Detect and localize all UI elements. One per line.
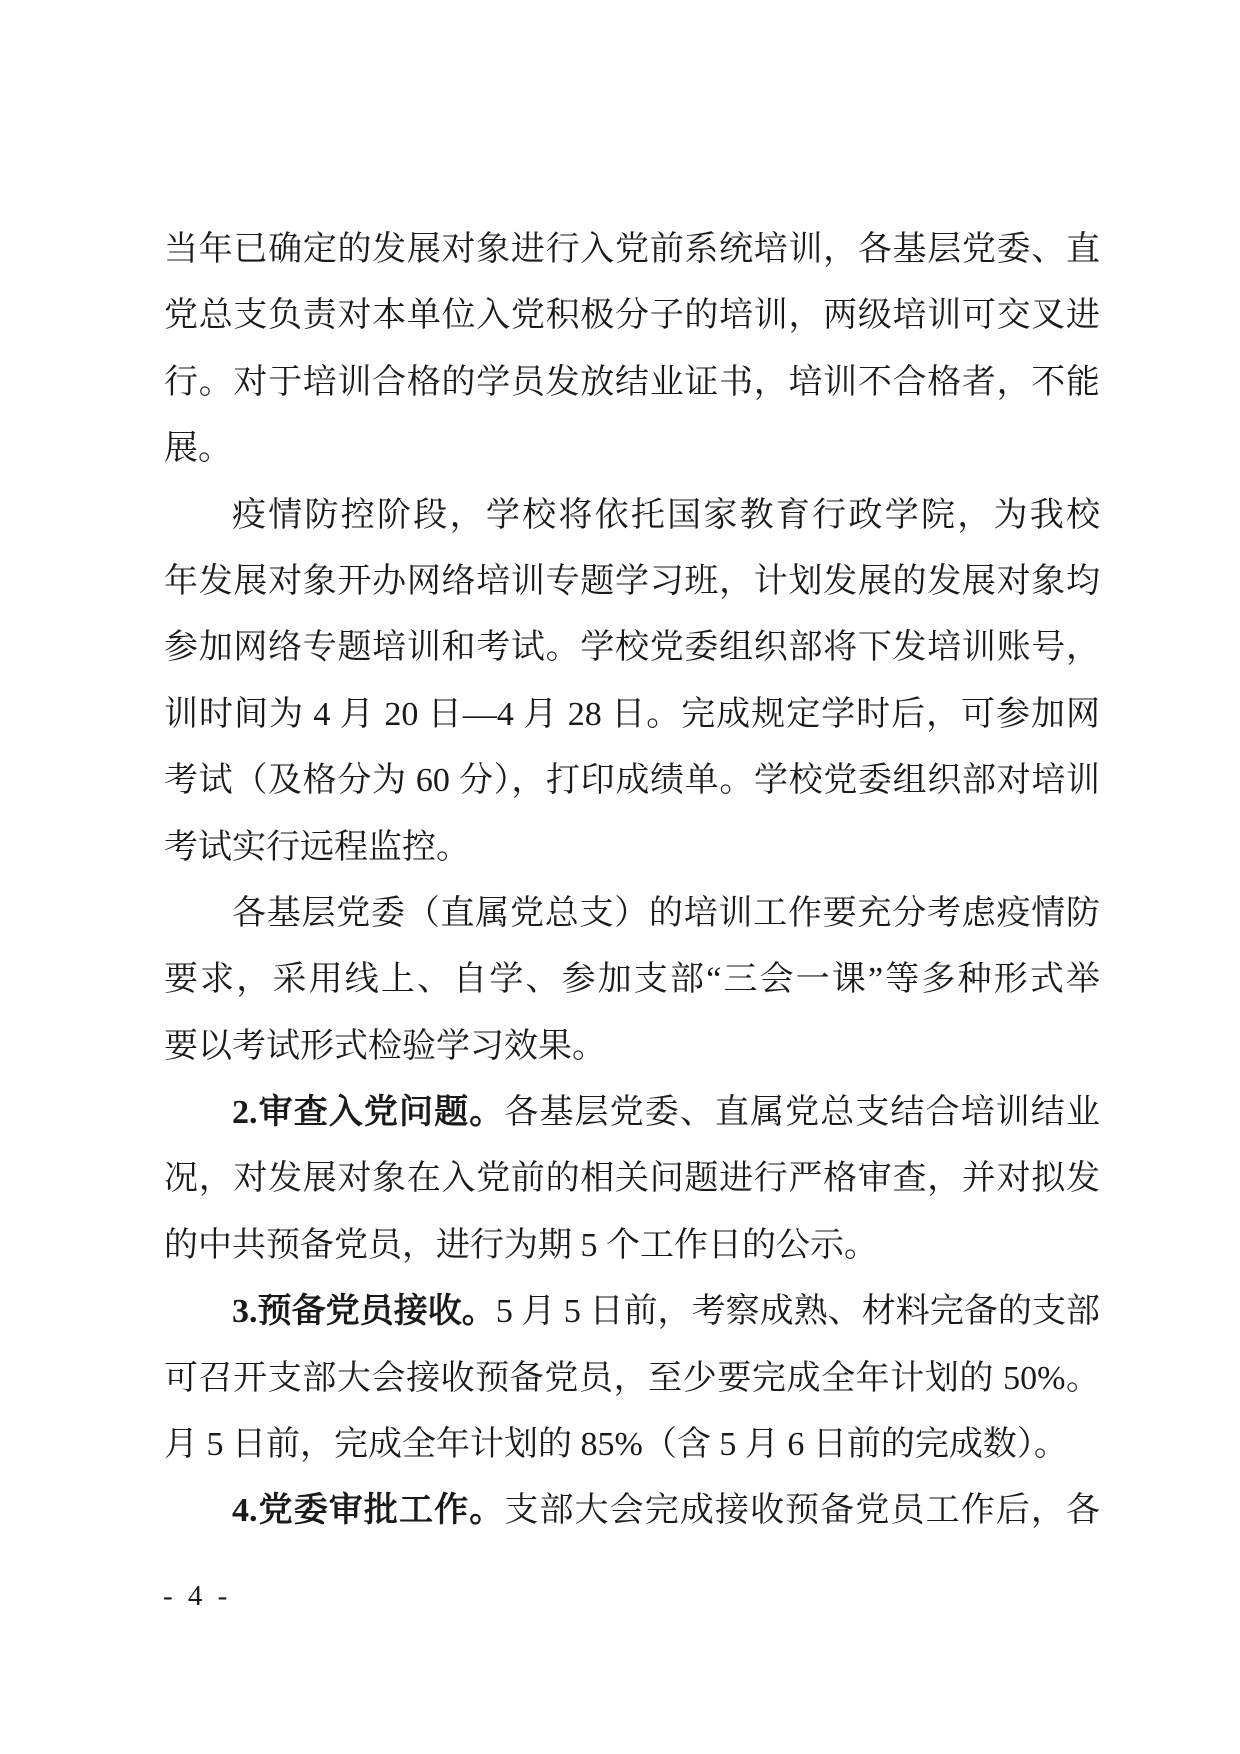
text-run: 月 5 日前，完成全年计划的 85%（含 5 月 6 日前的完成数）。 bbox=[164, 1426, 1068, 1463]
text-line: 考试（及格分为 60 分），打印成绩单。学校党委组织部对培训及 bbox=[164, 748, 1100, 814]
text-line: 3.预备党员接收。5 月 5 日前，考察成熟、材料完备的支部 bbox=[164, 1279, 1100, 1345]
bold-heading-run: 3.预备党员接收。 bbox=[232, 1293, 496, 1330]
text-run: 考试（及格分为 60 分），打印成绩单。学校党委组织部对培训及 bbox=[164, 762, 1100, 814]
text-line: 可召开支部大会接收预备党员，至少要完成全年计划的 50%。6 bbox=[164, 1346, 1100, 1412]
text-line: 的中共预备党员，进行为期 5 个工作日的公示。 bbox=[164, 1213, 1100, 1279]
text-run: 训时间为 4 月 20 日—4 月 28 日。完成规定学时后，可参加网络 bbox=[164, 696, 1100, 748]
text-run: 疫情防控阶段，学校将依托国家教育行政学院，为我校 2021 bbox=[164, 497, 1100, 549]
page-number: - 4 - bbox=[163, 1576, 231, 1616]
text-run: 要求，采用线上、自学、参加支部“三会一课”等多种形式举办， bbox=[164, 961, 1100, 1013]
text-run: 的中共预备党员，进行为期 5 个工作日的公示。 bbox=[164, 1227, 878, 1264]
text-line: 展。 bbox=[164, 416, 1100, 482]
text-line: 要求，采用线上、自学、参加支部“三会一课”等多种形式举办， bbox=[164, 947, 1100, 1013]
text-run: 各基层党委（直属党总支）的培训工作要充分考虑疫情防控 bbox=[164, 895, 1100, 947]
text-run: 考试实行远程监控。 bbox=[164, 829, 470, 866]
text-line: 4.党委审批工作。支部大会完成接收预备党员工作后，各党 bbox=[164, 1478, 1100, 1544]
text-line: 训时间为 4 月 20 日—4 月 28 日。完成规定学时后，可参加网络 bbox=[164, 682, 1100, 748]
text-line: 考试实行远程监控。 bbox=[164, 815, 1100, 881]
text-run: 要以考试形式检验学习效果。 bbox=[164, 1028, 606, 1065]
text-run: 年发展对象开办网络培训专题学习班，计划发展的发展对象均要 bbox=[164, 563, 1100, 615]
text-line: 参加网络专题培训和考试。学校党委组织部将下发培训账号，培 bbox=[164, 615, 1100, 681]
text-run: 党总支负责对本单位入党积极分子的培训，两级培训可交叉进 bbox=[164, 297, 1100, 334]
text-run: 参加网络专题培训和考试。学校党委组织部将下发培训账号，培 bbox=[164, 629, 1100, 681]
text-run: 况，对发展对象在入党前的相关问题进行严格审查，并对拟发展 bbox=[164, 1160, 1100, 1212]
text-line: 疫情防控阶段，学校将依托国家教育行政学院，为我校 2021 bbox=[164, 483, 1100, 549]
text-line: 当年已确定的发展对象进行入党前系统培训，各基层党委、直属 bbox=[164, 217, 1100, 283]
text-line: 年发展对象开办网络培训专题学习班，计划发展的发展对象均要 bbox=[164, 549, 1100, 615]
text-line: 2.审查入党问题。各基层党委、直属党总支结合培训结业情 bbox=[164, 1080, 1100, 1146]
document-page: 当年已确定的发展对象进行入党前系统培训，各基层党委、直属党总支负责对本单位入党积… bbox=[0, 0, 1240, 1754]
text-line: 各基层党委（直属党总支）的培训工作要充分考虑疫情防控 bbox=[164, 881, 1100, 947]
text-line: 月 5 日前，完成全年计划的 85%（含 5 月 6 日前的完成数）。 bbox=[164, 1412, 1100, 1478]
document-body: 当年已确定的发展对象进行入党前系统培训，各基层党委、直属党总支负责对本单位入党积… bbox=[164, 217, 1100, 1545]
bold-heading-run: 2.审查入党问题。 bbox=[232, 1094, 504, 1131]
text-run: 行。对于培训合格的学员发放结业证书，培训不合格者，不能发 bbox=[164, 364, 1100, 416]
text-line: 党总支负责对本单位入党积极分子的培训，两级培训可交叉进 bbox=[164, 283, 1100, 349]
text-run: 可召开支部大会接收预备党员，至少要完成全年计划的 50%。6 bbox=[164, 1360, 1100, 1412]
text-run: 当年已确定的发展对象进行入党前系统培训，各基层党委、直属 bbox=[164, 231, 1100, 283]
text-line: 况，对发展对象在入党前的相关问题进行严格审查，并对拟发展 bbox=[164, 1146, 1100, 1212]
text-run: 展。 bbox=[164, 430, 232, 467]
text-line: 行。对于培训合格的学员发放结业证书，培训不合格者，不能发 bbox=[164, 350, 1100, 416]
text-line: 要以考试形式检验学习效果。 bbox=[164, 1014, 1100, 1080]
bold-heading-run: 4.党委审批工作。 bbox=[232, 1492, 504, 1529]
text-run: 5 月 5 日前，考察成熟、材料完备的支部 bbox=[496, 1293, 1100, 1330]
